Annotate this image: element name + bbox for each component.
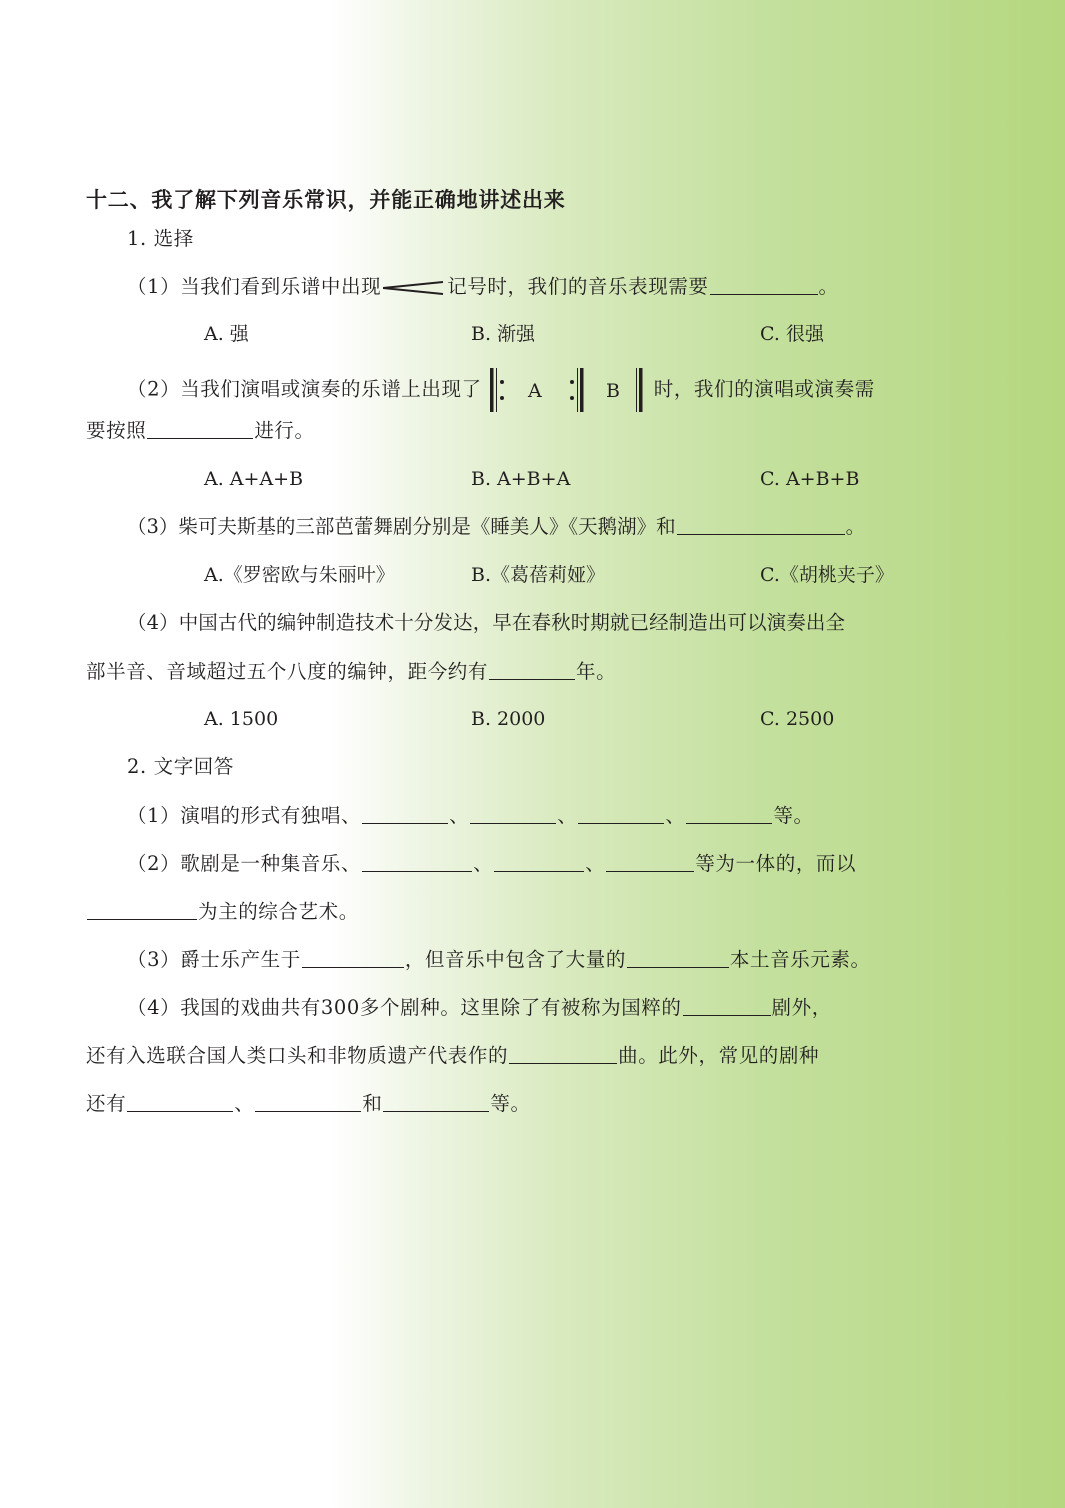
option-a[interactable]: A. A+A+B: [204, 465, 303, 493]
q1-4-line2-prefix: 部半音、音域超过五个八度的编钟，距今约有: [86, 660, 488, 683]
q2-2-line2-suffix: 为主的综合艺术。: [198, 900, 359, 923]
question-2-4: （4）我国的戏曲共有300多个剧种。这里除了有被称为国粹的剧外，: [127, 994, 832, 1022]
question-1-2-line2: 要按照进行。: [86, 417, 315, 445]
question-2-1: （1）演唱的形式有独唱、、、、等。: [127, 802, 814, 830]
answer-blank[interactable]: [494, 851, 584, 872]
option-c[interactable]: C.《胡桃夹子》: [760, 561, 894, 589]
separator: 、: [585, 852, 605, 875]
separator: 、: [557, 804, 577, 827]
q2-4-line3-prefix: 还有: [86, 1092, 126, 1115]
q1-2-line2-prefix: 要按照: [86, 419, 146, 442]
q1-2-prefix: （2）当我们演唱或演奏的乐谱上出现了: [127, 378, 482, 401]
answer-blank[interactable]: [489, 659, 575, 680]
answer-blank[interactable]: [677, 514, 845, 535]
q1-2-line2-suffix: 进行。: [254, 419, 314, 442]
answer-blank[interactable]: [710, 274, 818, 295]
q2-3-suffix: 本土音乐元素。: [730, 948, 871, 971]
separator: 、: [449, 804, 469, 827]
q1-3-end: 。: [846, 515, 866, 538]
answer-blank[interactable]: [255, 1091, 361, 1112]
q2-4-line3-end: 等。: [490, 1092, 530, 1115]
part1-heading: 1. 选择: [127, 225, 194, 253]
q2-4-line2-prefix: 还有入选联合国人类口头和非物质遗产代表作的: [86, 1044, 508, 1067]
question-1-4-line2: 部半音、音域超过五个八度的编钟，距今约有年。: [86, 658, 616, 686]
svg-text:B: B: [606, 380, 621, 402]
q2-1-prefix: （1）演唱的形式有独唱、: [127, 804, 361, 827]
repeat-notation-icon: A B: [488, 368, 648, 412]
answer-blank[interactable]: [509, 1043, 617, 1064]
answer-blank[interactable]: [383, 1091, 489, 1112]
worksheet-page: 十二、我了解下列音乐常识，并能正确地讲述出来 1. 选择 （1）当我们看到乐谱中…: [0, 0, 1065, 1508]
option-c[interactable]: C. A+B+B: [760, 465, 859, 493]
option-b[interactable]: B. 2000: [471, 705, 545, 733]
question-1-4: （4）中国古代的编钟制造技术十分发达，早在春秋时期就已经制造出可以演奏出全: [127, 609, 845, 637]
q2-4-line1-suffix: 剧外，: [772, 996, 832, 1019]
answer-blank[interactable]: [683, 995, 771, 1016]
answer-blank[interactable]: [147, 418, 253, 439]
q1-1-suffix: 记号时，我们的音乐表现需要: [447, 275, 708, 298]
q2-1-end: 等。: [773, 804, 813, 827]
answer-blank[interactable]: [578, 803, 664, 824]
section-title: 十二、我了解下列音乐常识，并能正确地讲述出来: [86, 186, 566, 214]
q2-2-prefix: （2）歌剧是一种集音乐、: [127, 852, 361, 875]
part2-heading: 2. 文字回答: [127, 753, 234, 781]
answer-blank[interactable]: [362, 851, 472, 872]
q2-4-line2-suffix: 曲。此外，常见的剧种: [618, 1044, 819, 1067]
q2-3-prefix: （3）爵士乐产生于: [127, 948, 301, 971]
answer-blank[interactable]: [362, 803, 448, 824]
option-a[interactable]: A. 强: [204, 320, 249, 348]
question-2-2-line2: 为主的综合艺术。: [86, 898, 359, 926]
answer-blank[interactable]: [470, 803, 556, 824]
answer-blank[interactable]: [302, 947, 404, 968]
q2-4-line1-prefix: （4）我国的戏曲共有300多个剧种。这里除了有被称为国粹的: [127, 996, 682, 1019]
question-1-2: （2）当我们演唱或演奏的乐谱上出现了 A B 时，我们的演唱或演奏需: [127, 368, 875, 412]
q1-2-suffix: 时，我们的演唱或演奏需: [654, 378, 875, 401]
option-b[interactable]: B.《葛蓓莉娅》: [471, 561, 605, 589]
option-a[interactable]: A. 1500: [204, 705, 278, 733]
q2-2-suffix: 等为一体的，而以: [695, 852, 856, 875]
separator: 、: [665, 804, 685, 827]
option-a[interactable]: A.《罗密欧与朱丽叶》: [204, 561, 395, 589]
question-2-4-line3: 还有、和等。: [86, 1090, 531, 1118]
q1-1-end: 。: [819, 275, 839, 298]
option-b[interactable]: B. 渐强: [471, 320, 535, 348]
separator: 、: [234, 1092, 254, 1115]
option-b[interactable]: B. A+B+A: [471, 465, 570, 493]
answer-blank[interactable]: [686, 803, 772, 824]
answer-blank[interactable]: [87, 899, 197, 920]
separator: 、: [473, 852, 493, 875]
question-1-1: （1）当我们看到乐谱中出现记号时，我们的音乐表现需要。: [127, 273, 839, 301]
answer-blank[interactable]: [127, 1091, 233, 1112]
option-c[interactable]: C. 很强: [760, 320, 824, 348]
answer-blank[interactable]: [627, 947, 729, 968]
option-c[interactable]: C. 2500: [760, 705, 834, 733]
q1-1-prefix: （1）当我们看到乐谱中出现: [127, 275, 381, 298]
question-2-4-line2: 还有入选联合国人类口头和非物质遗产代表作的曲。此外，常见的剧种: [86, 1042, 819, 1070]
answer-blank[interactable]: [606, 851, 694, 872]
crescendo-icon: [383, 280, 445, 296]
question-1-3: （3）柴可夫斯基的三部芭蕾舞剧分别是《睡美人》《天鹅湖》和。: [127, 513, 865, 541]
conjunction: 和: [362, 1092, 382, 1115]
question-2-2: （2）歌剧是一种集音乐、、、等为一体的，而以: [127, 850, 856, 878]
q1-3-prefix: （3）柴可夫斯基的三部芭蕾舞剧分别是《睡美人》《天鹅湖》和: [127, 515, 676, 538]
q2-3-middle: ，但音乐中包含了大量的: [405, 948, 626, 971]
svg-text:A: A: [527, 380, 542, 402]
q1-4-line2-suffix: 年。: [576, 660, 616, 683]
question-2-3: （3）爵士乐产生于，但音乐中包含了大量的本土音乐元素。: [127, 946, 871, 974]
